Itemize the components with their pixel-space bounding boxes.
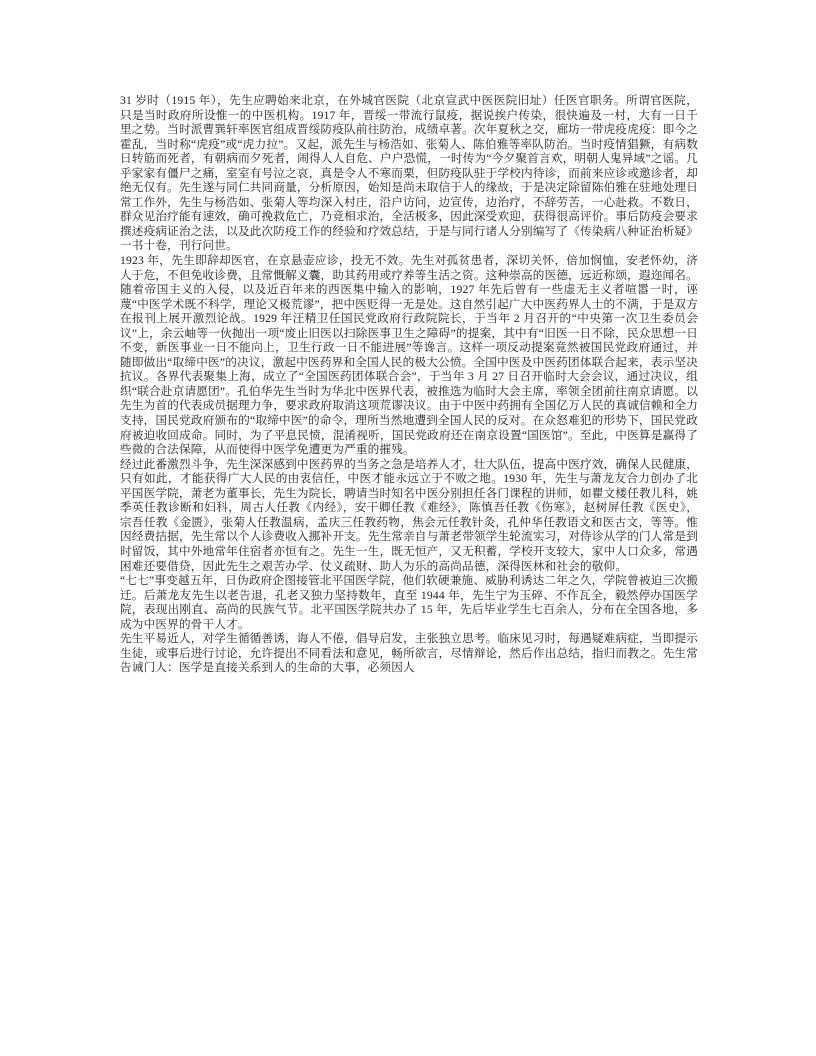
paragraph: 经过此番激烈斗争，先生深深感到中医药界的当务之急是培养人才，壮大队伍，提高中医疗… bbox=[120, 458, 698, 574]
paragraph: “七七”事变越五年，日伪政府企图接管北平国医学院，他们软硬兼施、威胁利诱达二年之… bbox=[120, 574, 698, 632]
paragraph: 1923 年，先生即辞却医官，在京悬壶应诊，投无不效。先生对孤贫患者，深切关怀，… bbox=[120, 254, 698, 283]
document-body: 31 岁时（1915 年），先生应聘始来北京，在外城官医院（北京宣武中医医院旧址… bbox=[120, 94, 698, 676]
document-page: 31 岁时（1915 年），先生应聘始来北京，在外城官医院（北京宣武中医医院旧址… bbox=[0, 0, 816, 1056]
paragraph: 31 岁时（1915 年），先生应聘始来北京，在外城官医院（北京宣武中医医院旧址… bbox=[120, 94, 698, 254]
paragraph: 先生平易近人，对学生循循善诱，诲人不倦，倡导启发，主张独立思考。临床见习时，每遇… bbox=[120, 632, 698, 676]
paragraph: 随着帝国主义的入侵，以及近百年来的西医集中输入的影响，1927 年先后曾有一些虚… bbox=[120, 283, 698, 458]
